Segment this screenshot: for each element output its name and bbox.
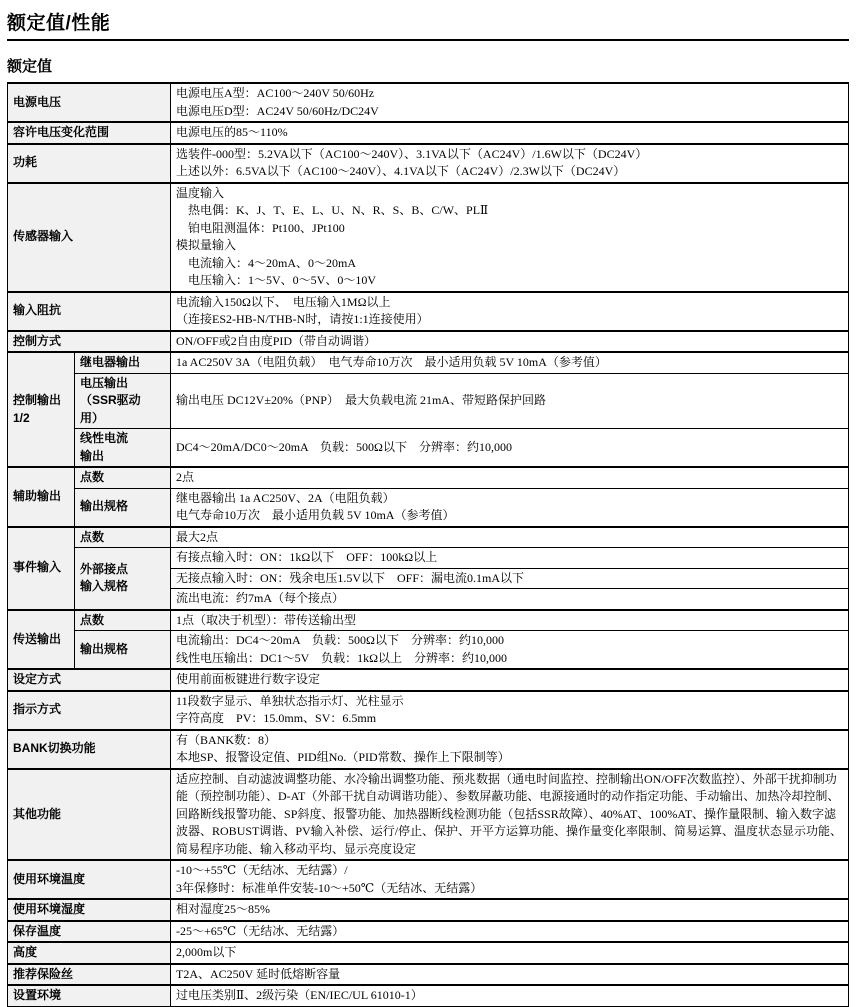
row-value: 2点	[171, 467, 849, 488]
row-value: ON/OFF或2自由度PID（带自动调谐）	[171, 331, 849, 353]
table-row: 功耗选装件-000型：5.2VA以下（AC100～240V）、3.1VA以下（A…	[8, 144, 849, 183]
row-value: T2A、AC250V 延时低熔断容量	[171, 964, 849, 986]
sub-label: 继电器输出	[75, 352, 171, 373]
table-row: 辅助输出点数2点	[8, 467, 849, 488]
sub-label: 点数	[75, 610, 171, 631]
row-value: 2,000m以下	[171, 942, 849, 964]
row-value: 电源电压A型：AC100～240V 50/60Hz 电源电压D型：AC24V 5…	[171, 83, 849, 122]
row-label: 保存温度	[8, 921, 171, 943]
document-page: 额定值/性能 额定值 电源电压电源电压A型：AC100～240V 50/60Hz…	[0, 0, 856, 1007]
page-title: 额定值/性能	[7, 8, 849, 41]
table-row: 设定方式使用前面板键进行数字设定	[8, 669, 849, 691]
table-row: 输出规格电流输出：DC4～20mA 负载：500Ω以下 分辨率：约10,000 …	[8, 631, 849, 670]
row-value: -25～+65℃（无结冰、无结露）	[171, 921, 849, 943]
row-value: 有（BANK数：8） 本地SP、报警设定值、PID组No.（PID常数、操作上下…	[171, 730, 849, 769]
row-label: 传感器输入	[8, 183, 171, 292]
row-value: 选装件-000型：5.2VA以下（AC100～240V）、3.1VA以下（AC2…	[171, 144, 849, 183]
sub-label: 点数	[75, 467, 171, 488]
table-row: 事件输入点数最大2点	[8, 527, 849, 548]
row-value: 使用前面板键进行数字设定	[171, 669, 849, 691]
row-value: 电流输出：DC4～20mA 负载：500Ω以下 分辨率：约10,000 线性电压…	[171, 631, 849, 670]
section-title: 额定值	[7, 55, 849, 76]
table-row: 控制输出 1/2继电器输出1a AC250V 3A（电阻负载） 电气寿命10万次…	[8, 352, 849, 373]
sub-label: 输出规格	[75, 631, 171, 670]
table-row: 输入阻抗电流输入150Ω以下、 电压输入1MΩ以上 （连接ES2-HB-N/TH…	[8, 292, 849, 331]
table-row: 推荐保险丝T2A、AC250V 延时低熔断容量	[8, 964, 849, 986]
row-value: 相对湿度25～85%	[171, 899, 849, 921]
table-row: 输出规格继电器输出 1a AC250V、2A（电阻负载） 电气寿命10万次 最小…	[8, 488, 849, 527]
row-label: 传送输出	[8, 610, 75, 670]
table-row: BANK切换功能有（BANK数：8） 本地SP、报警设定值、PID组No.（PI…	[8, 730, 849, 769]
row-label: 控制方式	[8, 331, 171, 353]
table-row: 其他功能适应控制、自动滤波调整功能、水冷输出调整功能、预兆数据（通电时间监控、控…	[8, 769, 849, 861]
row-label: 其他功能	[8, 769, 171, 861]
row-label: 功耗	[8, 144, 171, 183]
table-row: 控制方式ON/OFF或2自由度PID（带自动调谐）	[8, 331, 849, 353]
row-label: 设置环境	[8, 985, 171, 1006]
table-row: 电压输出 （SSR驱动 用）输出电压 DC12V±20%（PNP） 最大负载电流…	[8, 373, 849, 429]
table-row: 外部接点 输入规格有接点输入时：ON：1kΩ以下 OFF：100kΩ以上	[8, 548, 849, 569]
table-row: 容许电压变化范围电源电压的85～110%	[8, 122, 849, 144]
row-label: 指示方式	[8, 691, 171, 730]
table-row: 设置环境过电压类别Ⅱ、2级污染（EN/IEC/UL 61010-1）	[8, 985, 849, 1006]
row-value: 最大2点	[171, 527, 849, 548]
sub-label: 线性电流 输出	[75, 429, 171, 468]
table-row: 指示方式11段数字显示、单独状态指示灯、光柱显示 字符高度 PV：15.0mm、…	[8, 691, 849, 730]
row-value: 1a AC250V 3A（电阻负载） 电气寿命10万次 最小适用负载 5V 10…	[171, 352, 849, 373]
row-value: 流出电流：约7mA（每个接点）	[171, 589, 849, 610]
row-value: 无接点输入时：ON：残余电压1.5V以下 OFF：漏电流0.1mA以下	[171, 568, 849, 589]
table-row: 高度2,000m以下	[8, 942, 849, 964]
row-value: 1点（取决于机型）：带传送输出型	[171, 610, 849, 631]
row-label: 使用环境温度	[8, 860, 171, 899]
row-value: 过电压类别Ⅱ、2级污染（EN/IEC/UL 61010-1）	[171, 985, 849, 1006]
ratings-table: 电源电压电源电压A型：AC100～240V 50/60Hz 电源电压D型：AC2…	[7, 82, 849, 1007]
row-value: 适应控制、自动滤波调整功能、水冷输出调整功能、预兆数据（通电时间监控、控制输出O…	[171, 769, 849, 861]
row-label: 高度	[8, 942, 171, 964]
sub-label: 外部接点 输入规格	[75, 548, 171, 610]
row-value: 有接点输入时：ON：1kΩ以下 OFF：100kΩ以上	[171, 548, 849, 569]
row-label: 推荐保险丝	[8, 964, 171, 986]
row-label: 电源电压	[8, 83, 171, 122]
row-label: 容许电压变化范围	[8, 122, 171, 144]
ratings-table-body: 电源电压电源电压A型：AC100～240V 50/60Hz 电源电压D型：AC2…	[8, 83, 849, 1006]
row-value: 输出电压 DC12V±20%（PNP） 最大负载电流 21mA、带短路保护回路	[171, 373, 849, 429]
row-label: 控制输出 1/2	[8, 352, 75, 467]
row-value: 继电器输出 1a AC250V、2A（电阻负载） 电气寿命10万次 最小适用负载…	[171, 488, 849, 527]
table-row: 电源电压电源电压A型：AC100～240V 50/60Hz 电源电压D型：AC2…	[8, 83, 849, 122]
row-label: 设定方式	[8, 669, 171, 691]
row-value: 电源电压的85～110%	[171, 122, 849, 144]
row-value: DC4～20mA/DC0～20mA 负载：500Ω以下 分辨率：约10,000	[171, 429, 849, 468]
sub-label: 点数	[75, 527, 171, 548]
table-row: 传送输出点数1点（取决于机型）：带传送输出型	[8, 610, 849, 631]
row-label: BANK切换功能	[8, 730, 171, 769]
row-value: -10～+55℃（无结冰、无结露）/ 3年保修时：标准单件安装-10～+50℃（…	[171, 860, 849, 899]
table-row: 使用环境湿度相对湿度25～85%	[8, 899, 849, 921]
sub-label: 电压输出 （SSR驱动 用）	[75, 373, 171, 429]
row-label: 事件输入	[8, 527, 75, 610]
row-label: 输入阻抗	[8, 292, 171, 331]
row-value: 电流输入150Ω以下、 电压输入1MΩ以上 （连接ES2-HB-N/THB-N时…	[171, 292, 849, 331]
table-row: 线性电流 输出DC4～20mA/DC0～20mA 负载：500Ω以下 分辨率：约…	[8, 429, 849, 468]
table-row: 保存温度-25～+65℃（无结冰、无结露）	[8, 921, 849, 943]
table-row: 使用环境温度-10～+55℃（无结冰、无结露）/ 3年保修时：标准单件安装-10…	[8, 860, 849, 899]
sub-label: 输出规格	[75, 488, 171, 527]
row-label: 辅助输出	[8, 467, 75, 527]
row-value: 11段数字显示、单独状态指示灯、光柱显示 字符高度 PV：15.0mm、SV：6…	[171, 691, 849, 730]
row-label: 使用环境湿度	[8, 899, 171, 921]
row-value: 温度输入 热电偶：K、J、T、E、L、U、N、R、S、B、C/W、PLⅡ 铂电阻…	[171, 183, 849, 292]
table-row: 传感器输入温度输入 热电偶：K、J、T、E、L、U、N、R、S、B、C/W、PL…	[8, 183, 849, 292]
